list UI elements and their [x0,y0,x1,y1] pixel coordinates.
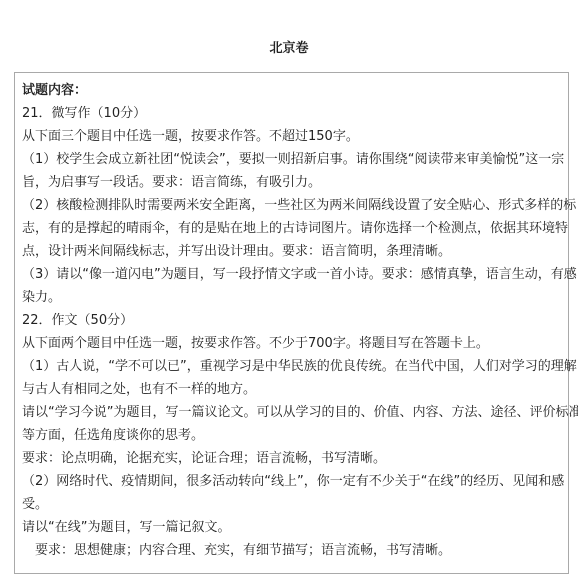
option-2-line-2: 志，有的是撑起的晴雨伞，有的是贴在地上的古诗词图片。请你选择一个检测点，依据其环… [22,217,562,240]
option-3-line-2: 染力。 [22,286,562,309]
essay-1-line-2: 与古人有相同之处，也有不一样的地方。 [22,378,562,401]
question-content-box: 试题内容： 21．微写作（10分） 从下面三个题目中任选一题，按要求作答。不超过… [14,72,569,574]
essay-1-line-1: （1）古人说，“学不可以已”，重视学习是中华民族的优良传统。在当代中国，人们对学… [22,355,562,378]
question-22-instruction: 从下面两个题目中任选一题，按要求作答。不少于700字。将题目写在答题卡上。 [22,332,562,355]
question-21-instruction: 从下面三个题目中任选一题，按要求作答。不超过150字。 [22,125,562,148]
option-2-line-1: （2）核酸检测排队时需要两米安全距离，一些社区为两米间隔线设置了安全贴心、形式多… [22,194,562,217]
option-1-line-2: 旨，为启事写一段话。要求：语言简练，有吸引力。 [22,171,562,194]
section-label: 试题内容： [22,79,562,102]
essay-2-requirements: 要求：思想健康；内容合理、充实，有细节描写；语言流畅，书写清晰。 [22,539,562,562]
essay-2-line-2: 受。 [22,493,562,516]
option-2-line-3: 点，设计两米间隔线标志，并写出设计理由。要求：语言简明，条理清晰。 [22,240,562,263]
essay-1-prompt-line-2: 等方面，任选角度谈你的思考。 [22,424,562,447]
essay-2-prompt: 请以“在线”为题目，写一篇记叙文。 [22,516,562,539]
question-21-heading: 21．微写作（10分） [22,102,562,125]
option-1-line-1: （1）校学生会成立新社团“悦读会”，要拟一则招新启事。请你围绕“阅读带来审美愉悦… [22,148,562,171]
page-title: 北京卷 [0,38,578,60]
essay-1-prompt-line-1: 请以“学习今说”为题目，写一篇议论文。可以从学习的目的、价值、内容、方法、途径、… [22,401,562,424]
question-content: 试题内容： 21．微写作（10分） 从下面三个题目中任选一题，按要求作答。不超过… [22,79,562,562]
question-22-heading: 22．作文（50分） [22,309,562,332]
essay-2-line-1: （2）网络时代、疫情期间，很多活动转向“线上”，你一定有不少关于“在线”的经历、… [22,470,562,493]
option-3-line-1: （3）请以“像一道闪电”为题目，写一段抒情文字或一首小诗。要求：感情真挚，语言生… [22,263,562,286]
essay-1-requirements: 要求：论点明确，论据充实，论证合理；语言流畅，书写清晰。 [22,447,562,470]
